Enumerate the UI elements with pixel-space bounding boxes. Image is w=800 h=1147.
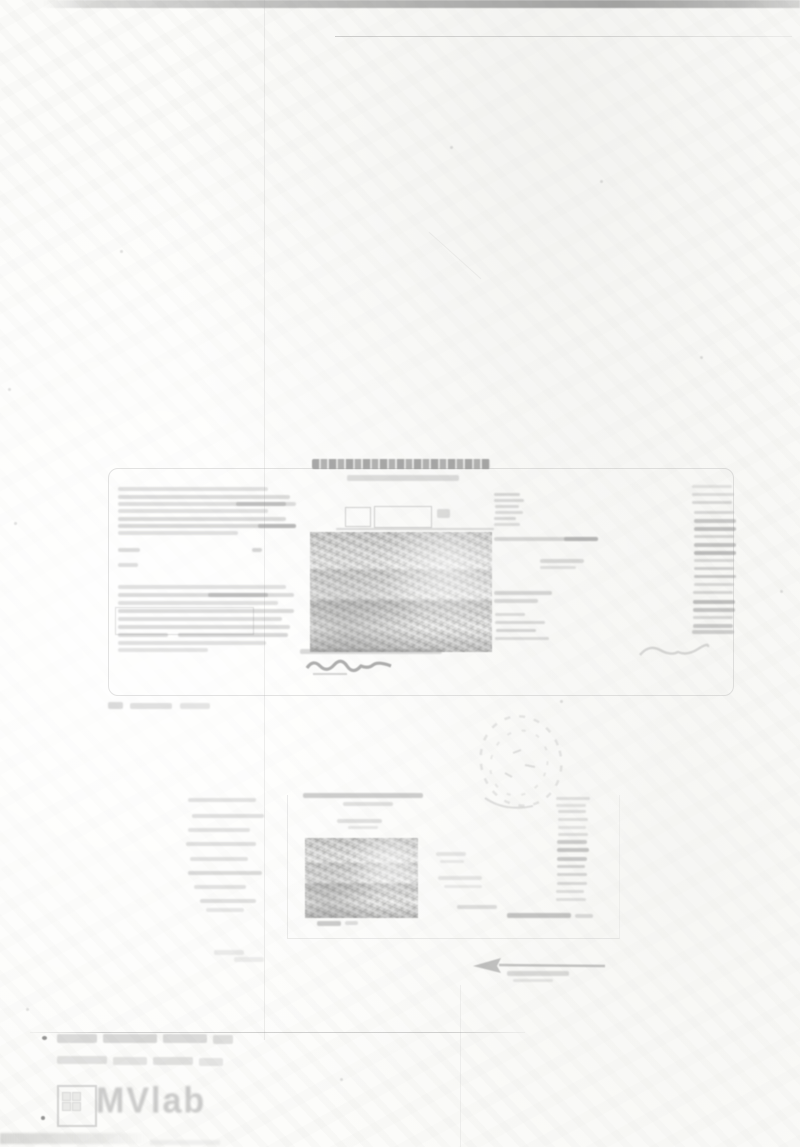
form-a-left-paragraph-2-mark xyxy=(118,585,286,589)
paper-speck xyxy=(26,1008,29,1011)
form-a-fineprint-strip-mark xyxy=(694,583,734,586)
form-a-fineprint-strip-mark xyxy=(694,535,734,538)
form-b-right-column-mark xyxy=(556,890,584,893)
form-b-right-column-mark xyxy=(557,882,587,885)
form-a-left-dates-mark xyxy=(252,548,262,552)
form-b-right-column-mark xyxy=(556,804,586,807)
form-a-left-paragraph-1-mark xyxy=(118,487,268,491)
form-a-left-paragraph-2-mark xyxy=(118,641,266,645)
bottom-company-line-2-mark xyxy=(113,1057,147,1065)
bottom-company-line-2-mark xyxy=(57,1056,107,1064)
form-b-left-column-mark xyxy=(206,908,244,912)
form-b-right-column-mark xyxy=(556,898,586,901)
arrow-caption-mark xyxy=(513,979,553,982)
form-a-right-address-mark xyxy=(540,566,576,569)
form-a-fineprint-strip-mark xyxy=(694,511,734,514)
paper-speck xyxy=(8,388,11,391)
form-b-left-column-mark xyxy=(200,899,256,903)
form-a-fineprint-strip-mark xyxy=(694,559,734,562)
form-a-right-address-mark xyxy=(494,499,524,502)
form-a-left-paragraph-2-mark xyxy=(118,601,278,605)
form-a-fineprint-strip-mark xyxy=(693,591,733,594)
form-a-left-paragraph-2-mark xyxy=(118,648,208,652)
paper-speck xyxy=(700,356,703,359)
misc-caption-bars-mark xyxy=(336,528,494,530)
form-a-left-dates-mark xyxy=(118,548,140,552)
form-a-right-address-mark xyxy=(495,621,545,624)
misc-caption-bars-mark xyxy=(347,475,459,481)
form-b-caption-mark xyxy=(345,921,358,925)
bottom-company-line-1-mark xyxy=(163,1034,207,1043)
form-a-fineprint-strip-mark xyxy=(694,527,736,531)
paper-speck xyxy=(120,250,123,253)
form-a-right-address-mark xyxy=(494,523,520,526)
misc-caption-bars-mark xyxy=(300,649,442,654)
form-b-right-column-mark xyxy=(557,848,589,852)
form-b-title-block-mark xyxy=(343,802,393,806)
form-b-caption-mark xyxy=(317,921,341,926)
form-b-left-column-mark xyxy=(188,798,256,802)
form-a-right-address-mark xyxy=(564,537,598,541)
near-arrow-scribble-mark xyxy=(234,957,264,962)
form-a-left-paragraph-2-mark xyxy=(118,633,168,637)
form-a-right-address-mark xyxy=(496,629,536,632)
form-a-right-address-mark xyxy=(495,613,525,616)
misc-caption-bars-mark xyxy=(437,509,450,518)
form-b-left-column-mark xyxy=(194,885,246,889)
bottom-company-line-2-mark xyxy=(153,1057,193,1065)
form-a-left-paragraph-1-mark xyxy=(118,517,286,521)
scanned-page: MVlab xyxy=(0,0,800,1147)
form-b-right-column-mark xyxy=(558,833,588,836)
form-b-left-column-mark xyxy=(190,857,248,861)
form-a-left-paragraph-2-mark xyxy=(208,593,268,597)
form-a-fineprint-strip-mark xyxy=(693,608,735,612)
form-a-fineprint-strip-mark xyxy=(694,575,736,578)
form-a-right-address-mark xyxy=(494,517,516,520)
paper-speck xyxy=(340,1078,343,1081)
form-a-right-address-mark xyxy=(494,599,538,603)
bottom-company-line-1-mark xyxy=(103,1034,157,1043)
form-a-right-address-mark xyxy=(495,505,519,508)
form-a-fineprint-strip-mark xyxy=(692,630,734,634)
form-b-right-column-mark xyxy=(558,826,586,829)
form-b-title-block-mark xyxy=(348,826,378,829)
form-a-fineprint-strip-mark xyxy=(692,501,732,504)
form-a-fineprint-strip-mark xyxy=(692,493,734,496)
bottom-company-line-2-mark xyxy=(199,1058,223,1066)
form-b-middle-text-mark xyxy=(440,860,464,863)
form-a-right-address-mark xyxy=(540,559,584,563)
paper-speck xyxy=(14,522,17,525)
form-a-left-paragraph-2-mark xyxy=(178,633,288,637)
form-b-right-column-mark xyxy=(557,865,585,868)
form-b-bottom-text-mark xyxy=(507,913,571,918)
section-b-heading-mark xyxy=(130,703,172,709)
bottom-company-line-1-mark xyxy=(213,1035,233,1044)
section-b-heading-mark xyxy=(108,702,123,709)
form-b-middle-text-mark xyxy=(444,885,482,888)
form-a-left-paragraph-2-mark xyxy=(118,609,294,613)
form-b-right-column-mark xyxy=(557,857,587,861)
form-a-fineprint-strip-mark xyxy=(692,485,732,488)
form-b-left-column-mark xyxy=(188,871,262,875)
form-b-title-block-mark xyxy=(303,793,423,798)
form-a-left-paragraph-1-mark xyxy=(118,509,268,513)
form-b-right-column-mark xyxy=(558,818,588,821)
form-a-fineprint-strip-mark xyxy=(693,600,735,604)
form-a-fineprint-strip-mark xyxy=(693,616,733,619)
form-b-right-column-mark xyxy=(557,873,587,876)
paper-speck xyxy=(780,590,783,593)
form-a-right-address-mark xyxy=(494,591,552,595)
form-b-bottom-text-mark xyxy=(575,914,593,918)
form-a-fineprint-strip-mark xyxy=(694,543,736,547)
form-a-right-address-mark xyxy=(495,511,523,514)
paper-speck xyxy=(600,180,603,183)
form-b-left-column-mark xyxy=(188,828,250,832)
form-a-fineprint-strip-mark xyxy=(694,519,736,523)
paper-speck xyxy=(450,146,453,149)
form-a-left-dates-mark xyxy=(118,563,138,567)
form-b-middle-text-mark xyxy=(438,876,482,880)
form-a-left-paragraph-1-mark xyxy=(258,524,296,528)
form-a-fineprint-strip-mark xyxy=(693,624,733,628)
form-a-left-paragraph-1-mark xyxy=(118,495,290,499)
arrow-caption-mark xyxy=(507,971,569,976)
form-b-left-column-mark xyxy=(186,842,256,846)
form-a-left-paragraph-1-mark xyxy=(236,502,286,506)
form-b-right-column-mark xyxy=(558,810,586,813)
form-b-middle-text-mark xyxy=(436,852,466,856)
near-arrow-scribble-mark xyxy=(214,950,244,955)
section-b-heading-mark xyxy=(180,703,210,709)
form-b-bottom-text-mark xyxy=(457,905,497,909)
faint-marks-layer xyxy=(0,0,800,1147)
form-b-right-column-mark xyxy=(556,797,590,800)
bottom-company-line-1-mark xyxy=(57,1034,97,1043)
form-a-fineprint-strip-mark xyxy=(694,567,734,570)
form-b-right-column-mark xyxy=(557,840,587,844)
form-a-right-address-mark xyxy=(495,637,549,640)
form-b-left-column-mark xyxy=(192,814,264,818)
paper-speck xyxy=(560,700,563,703)
form-a-left-paragraph-1-mark xyxy=(118,531,238,535)
form-a-left-paragraph-2-mark xyxy=(118,625,290,629)
form-a-right-address-mark xyxy=(494,493,520,496)
form-a-fineprint-strip-mark xyxy=(694,551,736,555)
form-a-left-paragraph-2-mark xyxy=(118,617,282,621)
form-b-title-block-mark xyxy=(337,819,382,823)
